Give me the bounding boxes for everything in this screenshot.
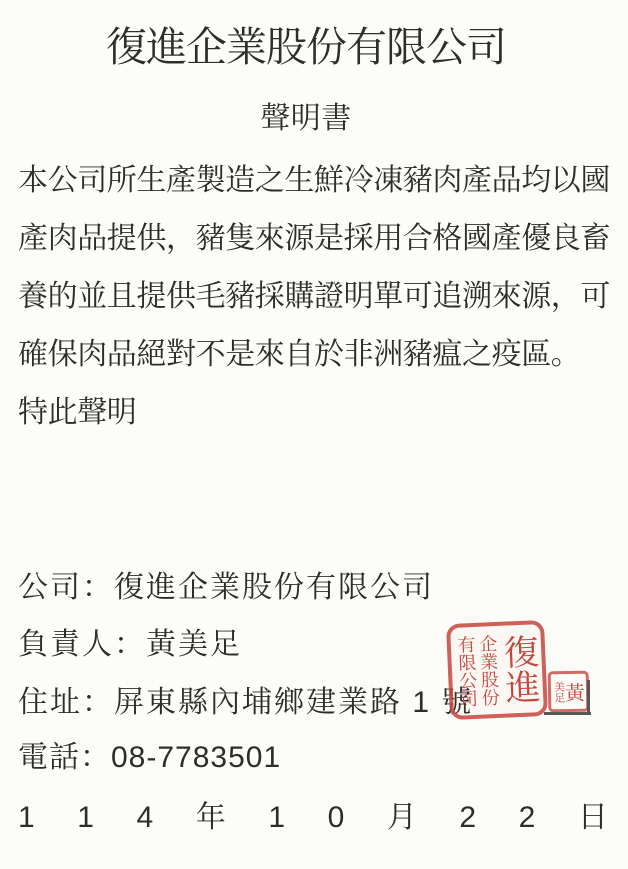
date-token: 4 — [137, 801, 154, 835]
date-token: 1 — [18, 801, 35, 835]
company-seal-column-left: 有限公司 — [455, 635, 477, 708]
body-line-2: 產肉品提供，豬隻來源是採用合格國產優良畜 — [18, 210, 620, 268]
date-token-month: 月 — [387, 801, 417, 835]
address-line: 住址：屏東縣內埔鄉建業路 1 號 — [18, 685, 473, 721]
company-seal-column-right: 復進 — [499, 633, 539, 705]
closing-statement: 特此聲明 — [18, 384, 620, 442]
personal-name-seal-stamp: 美足 黃 — [548, 671, 590, 713]
date-token-day: 日 — [578, 801, 608, 835]
scan-artifact-horizontal-line — [544, 712, 591, 715]
body-line-4: 確保肉品絕對不是來自於非洲豬瘟之疫區。 — [18, 326, 620, 384]
date-token: 0 — [328, 801, 345, 835]
date-token-year: 年 — [196, 801, 226, 835]
company-name-line: 公司：復進企業股份有限公司 — [18, 570, 434, 606]
body-line-1: 本公司所生產製造之生鮮冷凍豬肉產品均以國 — [18, 152, 620, 210]
document-title: 聲明書 — [0, 101, 612, 137]
body-line-3: 養的並且提供毛豬採購證明單可追溯來源，可 — [18, 268, 620, 326]
date-token: 1 — [77, 801, 94, 835]
company-title: 復進企業股份有限公司 — [0, 22, 612, 72]
scan-artifact-vertical-line — [587, 680, 590, 714]
phone-line: 電話：08-7783501 — [18, 740, 281, 776]
date-token: 1 — [268, 801, 285, 835]
date-token: 2 — [459, 801, 476, 835]
company-seal-column-middle: 企業股份 — [477, 634, 499, 707]
declaration-document-page: 復進企業股份有限公司 聲明書 本公司所生產製造之生鮮冷凍豬肉產品均以國 產肉品提… — [0, 0, 628, 869]
name-seal-surname: 黃 — [565, 677, 586, 706]
company-seal-stamp: 有限公司 企業股份 復進 — [446, 620, 548, 720]
declaration-body: 本公司所生產製造之生鮮冷凍豬肉產品均以國 產肉品提供，豬隻來源是採用合格國產優良… — [18, 152, 620, 442]
responsible-person-line: 負責人：黃美足 — [18, 627, 242, 663]
date-token: 2 — [519, 801, 536, 835]
name-seal-given-name: 美足 — [552, 681, 564, 703]
date-line: 1 1 4 年 1 0 月 2 2 日 — [18, 801, 608, 835]
